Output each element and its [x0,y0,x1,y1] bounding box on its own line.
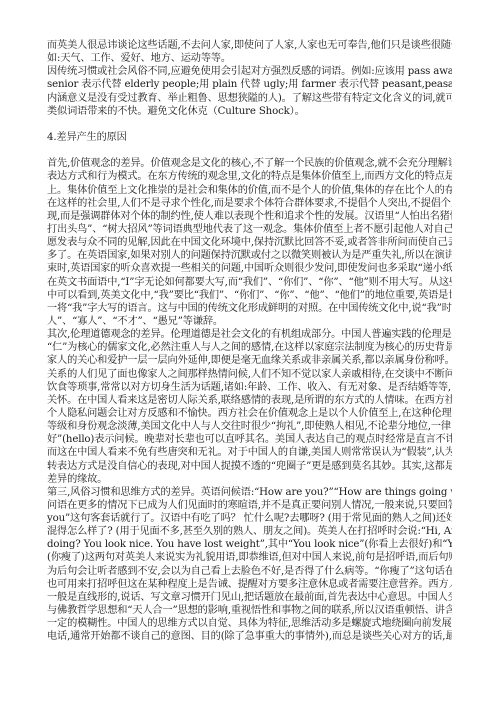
paragraph: 第三,风俗习惯和思维方式的差异。英语问候语:“How are you?”“How… [47,486,452,644]
paragraph-line: 在英文书面语中,“I”字无论如何都要大写,而“我们”、“你们”、“你”、“他”则… [47,276,452,289]
paragraph-line: senior 表示代替 elderly people;用 plain 代替 ug… [47,78,452,91]
paragraph-line: 如:天气、工作、爱好、地方、运动等等。 [47,52,452,65]
paragraph-line: 打出头鸟”、“树大招风”等词语典型地代表了这一观念。集体价值至上者不愿引起他人对… [47,223,452,236]
paragraph-line: 电话,通常开始都不谈自己的意图、目的(除了急事重大的事情外),而总是谈些关心对方… [47,630,452,643]
blank-line [47,118,452,131]
paragraph-line: 而英美人很忌讳谈论这些话题,不去问人家,即使问了人家,人家也无可奉告,他们只是谈… [47,39,452,52]
paragraph-line: 愿发表与众不同的见解,因此在中国文化环境中,保持沉默比回答不妥,或者答非所问而使… [47,236,452,249]
paragraph-line: 关怀。在中国人看来这是密切人际关系,联络感情的表现,是所谓的东方式的人情味。在西… [47,394,452,407]
paragraph-line: 表达方式和行为模式。在东方传统的观念里,文化的特点是集体价值至上,而西方文化的特… [47,170,452,183]
paragraph-line: 混得怎么样了? (用于见面不多,甚至久别的熟人、朋友之间)。英美人在打招呼时会说… [47,525,452,538]
paragraph-line: 其次,伦理道德观念的差异。伦理道德是社会文化的有机组成部分。中国人普遍实践的伦理… [47,328,452,341]
paragraph-line: “仁”为核心的儒家文化,必然注重人与人之间的感情,在这样以家庭宗法制度为核心的历… [47,341,452,354]
paragraph: 其次,伦理道德观念的差异。伦理道德是社会文化的有机组成部分。中国人普遍实践的伦理… [47,328,452,486]
paragraph-line: 问语在更多的情况下已成为人们见面时的寒暄语,并不是真正要问别人情况,一般来说,只… [47,499,452,512]
paragraph-line: 现,而是强调群体对个体的制约性,使人难以表现个性和追求个性的发展。汉语里“人怕出… [47,210,452,223]
paragraph-line: 好”(hello)表示问候。晚辈对长辈也可以直呼其名。美国人表达自己的观点时经常… [47,433,452,446]
paragraph-line: 个人隐私问题会让对方反感和不愉快。西方社会在价值观念上是以个人价值至上,在这种伦… [47,407,452,420]
paragraph-line: 多了。在英语国家,如果对别人的问题保持沉默或付之以微笑则被认为是严重失礼,所以在… [47,249,452,262]
paragraph-line: 而这在中国人看来不免有些唐突和无礼。对于中国人的自谦,美国人则常常误认为“假装”… [47,446,452,459]
section-heading: 4.差异产生的原因 [47,131,452,144]
paragraph-line: 第三,风俗习惯和思维方式的差异。英语问候语:“How are you?”“How… [47,486,452,499]
paragraph-line: 饮食等琐事,常常以对方切身生活为话题,诸如:年龄、工作、收入、有无对象、是否结婚… [47,381,452,394]
blank-line [47,144,452,157]
paragraph-line: 上。集体价值至上文化推崇的是社会和集体的价值,而不是个人的价值,集体的存在比个人… [47,184,452,197]
paragraph-line: 因传统习惯或社会风俗不同,应避免使用会引起对方强烈反感的词语。例如:应该用 pa… [47,65,452,78]
paragraph-line: (你瘦了)这两句对英美人来说实为礼貌用语,即恭维语,但对中国人来说,前句是招呼语… [47,551,452,564]
paragraph-line: 内涵意义是没有受过教育、举止粗鲁、思想狭隘的人)。了解这些带有特定文化含义的词,… [47,92,452,105]
paragraph: 因传统习惯或社会风俗不同,应避免使用会引起对方强烈反感的词语。例如:应该用 pa… [47,65,452,118]
paragraph-line: 等级和身份观念淡薄,美国文化中人与人交往时很少“拘礼”,即使熟人相见,不论辈分地… [47,420,452,433]
paragraph-line: 一将“我”字大写的语言。这与中国的传统文化形成鲜明的对照。在中国传统文化中,说“… [47,302,452,315]
paragraph-line: 中可以看到,英美文化中,“我”要比“我们”、“你们”、“你”、“他”、“他们”的… [47,289,452,302]
paragraph-line: 差异的缘故。 [47,473,452,486]
paragraph-line: 为后句会让听者感到不安,会以为自己看上去脸色不好,是否得了什么病等。“你瘦了”这… [47,565,452,578]
paragraph-line: 类似词语带来的不快。避免文化休克（Culture Shock）。 [47,105,452,118]
paragraph-line: 在这样的社会里,人们不是寻求个性化,而是要求个体符合群体要求,不提倡个人突出,不… [47,197,452,210]
paragraph-line: 关系的人们见了面也像家人之间那样热情问候,人们不知不觉以家人亲戚相待,在交谈中不… [47,368,452,381]
paragraph-line: doing? You look nice. You have lost weig… [47,538,452,551]
document-page: 而英美人很忌讳谈论这些话题,不去问人家,即使问了人家,人家也无可奉告,他们只是谈… [47,39,452,643]
paragraph-line: 一般是直线形的,说话、写文章习惯开门见山,把话题放在最前面,首先表达中心意思。中… [47,591,452,604]
paragraph-line: 首先,价值观念的差异。价值观念是文化的核心,不了解一个民族的价值观念,就不会充分… [47,157,452,170]
paragraph-line: you”这句客套话就行了。汉语中有吃了吗？ 忙什么呢?去哪呀? (用于常见面的熟… [47,512,452,525]
paragraph-line: 转表达方式是没自信心的表现,对中国人捉摸不透的“兜圈子”更是感到莫名其妙。其实,… [47,460,452,473]
paragraph: 首先,价值观念的差异。价值观念是文化的核心,不了解一个民族的价值观念,就不会充分… [47,157,452,328]
paragraph-line: 也可用来打招呼但这在某种程度上是告诫、提醒对方要多注意休息或者需要注意营养。西方… [47,578,452,591]
paragraph: 而英美人很忌讳谈论这些话题,不去问人家,即使问了人家,人家也无可奉告,他们只是谈… [47,39,452,65]
paragraph-line: 家人的关心和爱护一层一层向外延伸,即便是毫无血缘关系或非亲属关系,都以亲属身份称… [47,354,452,367]
paragraph-line: 束时,英语国家的听众喜欢提一些相关的问题,中国听众则很少发问,即使发问也多采取“… [47,262,452,275]
paragraph-line: 一定的模糊性。中国人的思维方式以自觉、具体为特征,思维活动多是螺旋式地绕圈向前发… [47,617,452,630]
paragraph-line: 人”、“寡人”、“不才”、“愚兄”等谦辞。 [47,315,452,328]
paragraph-line: 与佛教哲学思想和“天人合一”思想的影响,重视悟性和事物之间的联系,所以汉语重顿悟… [47,604,452,617]
